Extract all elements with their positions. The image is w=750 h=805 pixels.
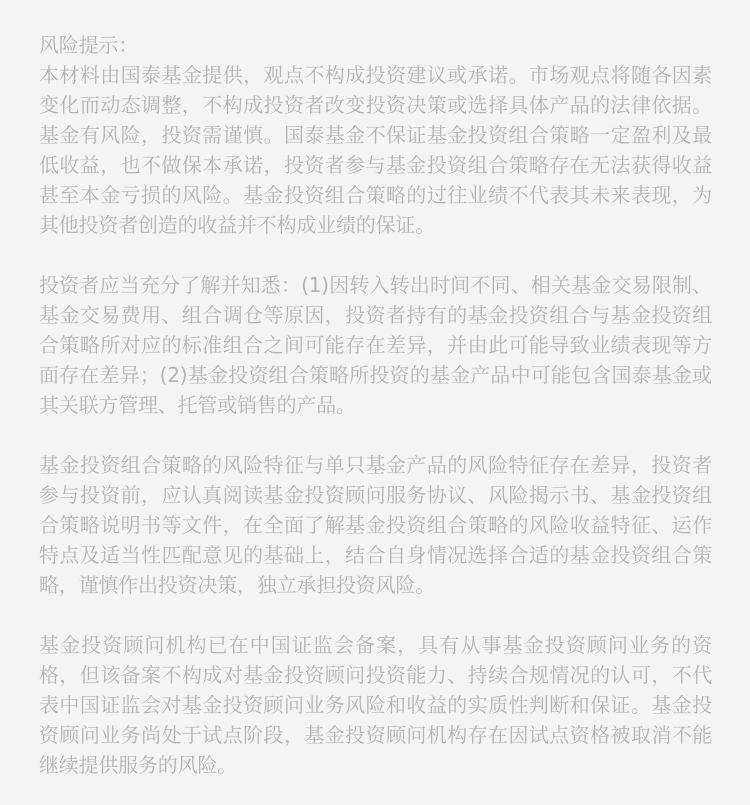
disclaimer-paragraph-general: 本材料由国泰基金提供，观点不构成投资建议或承诺。市场观点将随各因素变化而动态调整… (39, 60, 712, 240)
disclaimer-paragraph-risk-characteristics: 基金投资组合策略的风险特征与单只基金产品的风险特征存在差异，投资者参与投资前，应… (39, 450, 712, 600)
disclaimer-paragraph-differences: 投资者应当充分了解并知悉：(1)因转入转出时间不同、相关基金交易限制、基金交易费… (39, 270, 712, 420)
disclaimer-title: 风险提示： (39, 30, 712, 60)
disclaimer-paragraph-regulatory: 基金投资顾问机构已在中国证监会备案，具有从事基金投资顾问业务的资格，但该备案不构… (39, 630, 712, 780)
risk-disclaimer: 风险提示： 本材料由国泰基金提供，观点不构成投资建议或承诺。市场观点将随各因素变… (0, 0, 750, 780)
